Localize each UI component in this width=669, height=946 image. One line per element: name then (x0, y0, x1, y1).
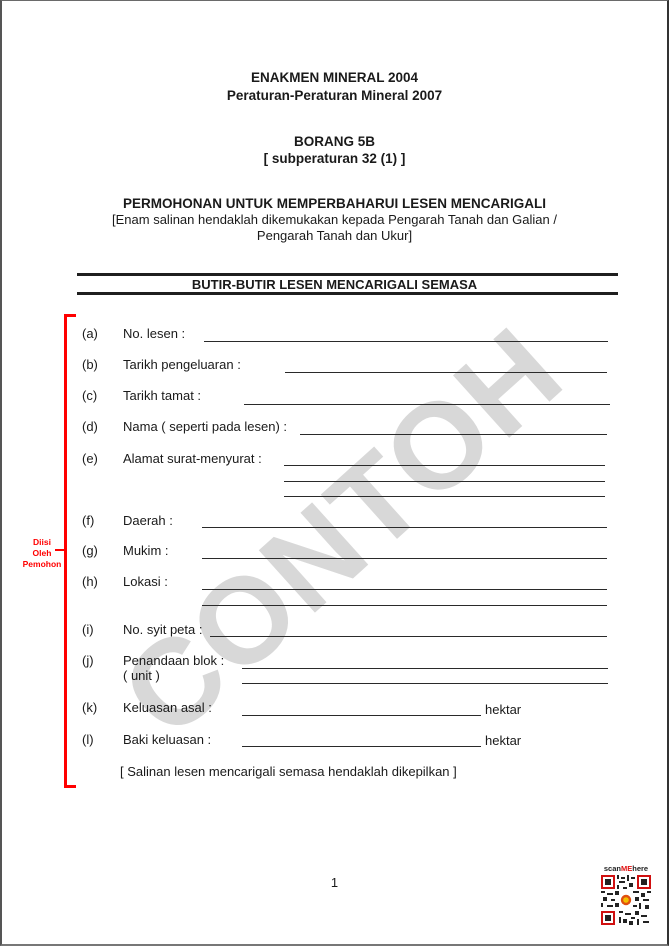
instruction-line-1: [Enam salinan hendaklah dikemukakan kepa… (0, 212, 669, 227)
regulations-title: Peraturan-Peraturan Mineral 2007 (0, 88, 669, 103)
issue-date-input[interactable] (285, 372, 607, 373)
act-title: ENAKMEN MINERAL 2004 (0, 70, 669, 85)
field-g-key: (g) (82, 543, 98, 558)
block-marking-input-line-2[interactable] (242, 683, 608, 684)
section-title: BUTIR-BUTIR LESEN MENCARIGALI SEMASA (0, 277, 669, 292)
mukim-input[interactable] (202, 558, 607, 559)
form-number: BORANG 5B (0, 134, 669, 149)
form-title: PERMOHONAN UNTUK MEMPERBAHARUI LESEN MEN… (0, 196, 669, 211)
field-e-key: (e) (82, 451, 98, 466)
applicant-bracket-top (64, 314, 76, 317)
field-c-label: Tarikh tamat : (123, 388, 201, 403)
field-b-key: (b) (82, 357, 98, 372)
field-d-key: (d) (82, 419, 98, 434)
qr-brand-label: scanMEhere (596, 864, 656, 873)
field-h-key: (h) (82, 574, 98, 589)
address-input-line-2[interactable] (284, 481, 605, 482)
side-note-line-1: Diisi (22, 537, 62, 548)
side-note-line-2: Oleh (22, 548, 62, 559)
field-b-label: Tarikh pengeluaran : (123, 357, 241, 372)
location-input-line-2[interactable] (202, 605, 607, 606)
field-j-label-unit: ( unit ) (123, 668, 160, 683)
field-d-label: Nama ( seperti pada lesen) : (123, 419, 287, 434)
map-sheet-input[interactable] (210, 636, 607, 637)
qr-brand-me: ME (621, 864, 632, 873)
field-k-key: (k) (82, 700, 97, 715)
filled-by-applicant-note: Diisi Oleh Pemohon (22, 537, 62, 570)
address-input-line-3[interactable] (284, 496, 605, 497)
field-l-label: Baki keluasan : (123, 732, 211, 747)
original-area-input[interactable] (242, 715, 481, 716)
field-e-label: Alamat surat-menyurat : (123, 451, 262, 466)
field-j-key: (j) (82, 653, 94, 668)
field-c-key: (c) (82, 388, 97, 403)
section-rule-top (77, 273, 618, 276)
applicant-bracket (64, 314, 67, 788)
side-note-line-3: Pemohon (22, 559, 62, 570)
field-f-label: Daerah : (123, 513, 173, 528)
name-input[interactable] (300, 434, 607, 435)
field-j-label: Penandaan blok : (123, 653, 224, 668)
page-number: 1 (0, 875, 669, 890)
field-f-key: (f) (82, 513, 94, 528)
section-rule-bottom (77, 292, 618, 295)
field-i-label: No. syit peta : (123, 622, 202, 637)
qr-brand-suffix: here (632, 864, 648, 873)
form-content: ENAKMEN MINERAL 2004 Peraturan-Peraturan… (0, 0, 669, 946)
field-l-key: (l) (82, 732, 94, 747)
remaining-area-input[interactable] (242, 746, 481, 747)
address-input-line-1[interactable] (284, 465, 605, 466)
remaining-area-unit: hektar (485, 733, 521, 748)
field-i-key: (i) (82, 622, 94, 637)
license-number-input[interactable] (204, 341, 608, 342)
expiry-date-input[interactable] (244, 404, 610, 405)
qr-code-icon (601, 875, 651, 925)
original-area-unit: hektar (485, 702, 521, 717)
field-g-label: Mukim : (123, 543, 169, 558)
district-input[interactable] (202, 527, 607, 528)
block-marking-input-line-1[interactable] (242, 668, 608, 669)
subregulation: [ subperaturan 32 (1) ] (0, 151, 669, 166)
location-input-line-1[interactable] (202, 589, 607, 590)
field-h-label: Lokasi : (123, 574, 168, 589)
field-k-label: Keluasan asal : (123, 700, 212, 715)
instruction-line-2: Pengarah Tanah dan Ukur] (0, 228, 669, 243)
field-a-key: (a) (82, 326, 98, 341)
field-a-label: No. lesen : (123, 326, 185, 341)
scan-me-here-qr[interactable]: scanMEhere (596, 864, 656, 936)
applicant-bracket-bottom (64, 785, 76, 788)
attachment-note: [ Salinan lesen mencarigali semasa henda… (120, 764, 457, 779)
qr-brand-prefix: scan (604, 864, 621, 873)
